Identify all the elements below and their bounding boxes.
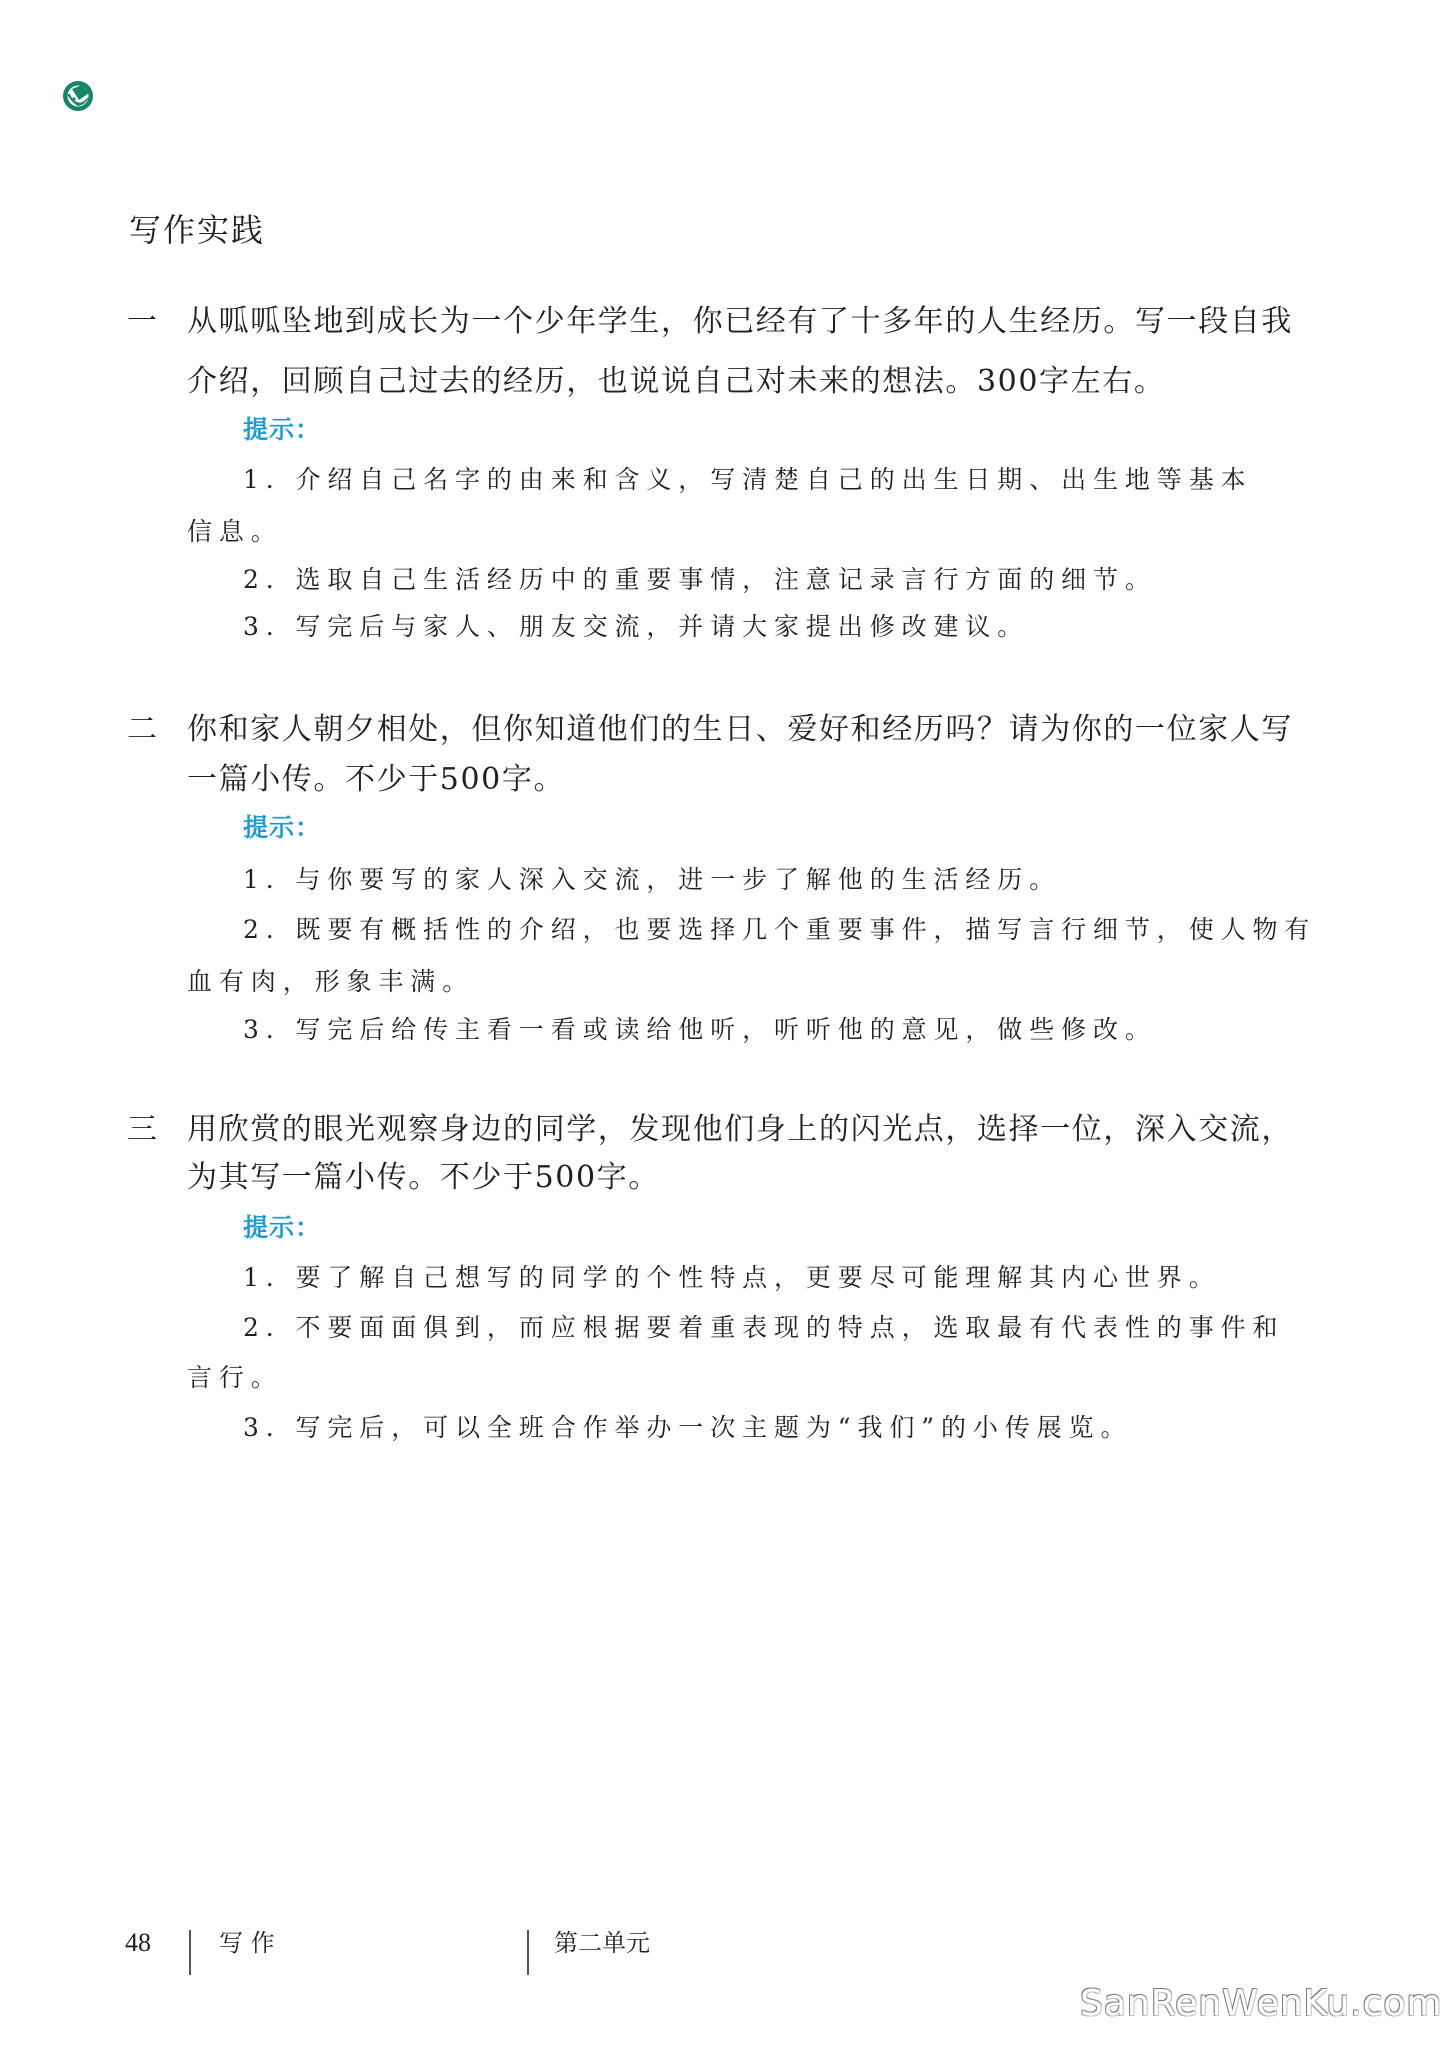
tip-item: 1. 要了解自己想写的同学的个性特点，更要尽可能理解其内心世界。 xyxy=(243,1262,1221,1294)
hint-label: 提示： xyxy=(243,414,321,446)
footer-section-label: 写 作 xyxy=(219,1928,275,1958)
tip-item: 3. 写完后，可以全班合作举办一次主题为“我们”的小传展览。 xyxy=(243,1412,1132,1444)
section-prompt-line: 为其写一篇小传。不少于500字。 xyxy=(187,1160,660,1196)
section-prompt-line: 用欣赏的眼光观察身边的同学，发现他们身上的闪光点，选择一位，深入交流， xyxy=(187,1112,1293,1148)
section-prompt-line: 你和家人朝夕相处，但你知道他们的生日、爱好和经历吗？请为你的一位家人写 xyxy=(187,712,1293,748)
tip-item: 2. 既要有概括性的介绍，也要选择几个重要事件，描写言行细节，使人物有 xyxy=(243,914,1316,946)
tip-item: 1. 与你要写的家人深入交流，进一步了解他的生活经历。 xyxy=(243,864,1061,896)
section-number: 一 xyxy=(127,304,157,340)
section-number: 二 xyxy=(127,712,157,748)
tip-item-continued: 信息。 xyxy=(187,516,283,548)
tip-item: 3. 写完后与家人、朋友交流，并请大家提出修改建议。 xyxy=(243,611,1029,643)
tip-item: 2. 选取自己生活经历中的重要事情，注意记录言行方面的细节。 xyxy=(243,564,1157,596)
section-prompt-line: 从呱呱坠地到成长为一个少年学生，你已经有了十多年的人生经历。写一段自我 xyxy=(187,304,1293,340)
hint-label: 提示： xyxy=(243,1212,321,1244)
tip-item-continued: 言行。 xyxy=(187,1362,283,1394)
page-title: 写作实践 xyxy=(129,210,265,250)
footer-divider xyxy=(527,1930,529,1975)
footer-divider xyxy=(189,1930,191,1975)
page-number: 48 xyxy=(125,1927,151,1959)
section-prompt-line: 一篇小传。不少于500字。 xyxy=(187,762,565,798)
tip-item: 3. 写完后给传主看一看或读给他听，听听他的意见，做些修改。 xyxy=(243,1014,1157,1046)
watermark: SanRenWenKu.com xyxy=(1080,1984,1443,2024)
tip-item: 2. 不要面面俱到，而应根据要着重表现的特点，选取最有代表性的事件和 xyxy=(243,1312,1284,1344)
section-prompt-line: 介绍，回顾自己过去的经历，也说说自己对未来的想法。300字左右。 xyxy=(187,364,1165,400)
section-number: 三 xyxy=(127,1112,157,1148)
footer-unit-label: 第二单元 xyxy=(554,1928,650,1958)
hint-label: 提示： xyxy=(243,812,321,844)
tip-item-continued: 血有肉，形象丰满。 xyxy=(187,966,474,998)
tip-item: 1. 介绍自己名字的由来和含义，写清楚自己的出生日期、出生地等基本 xyxy=(243,464,1253,496)
publisher-logo-icon xyxy=(62,80,94,112)
